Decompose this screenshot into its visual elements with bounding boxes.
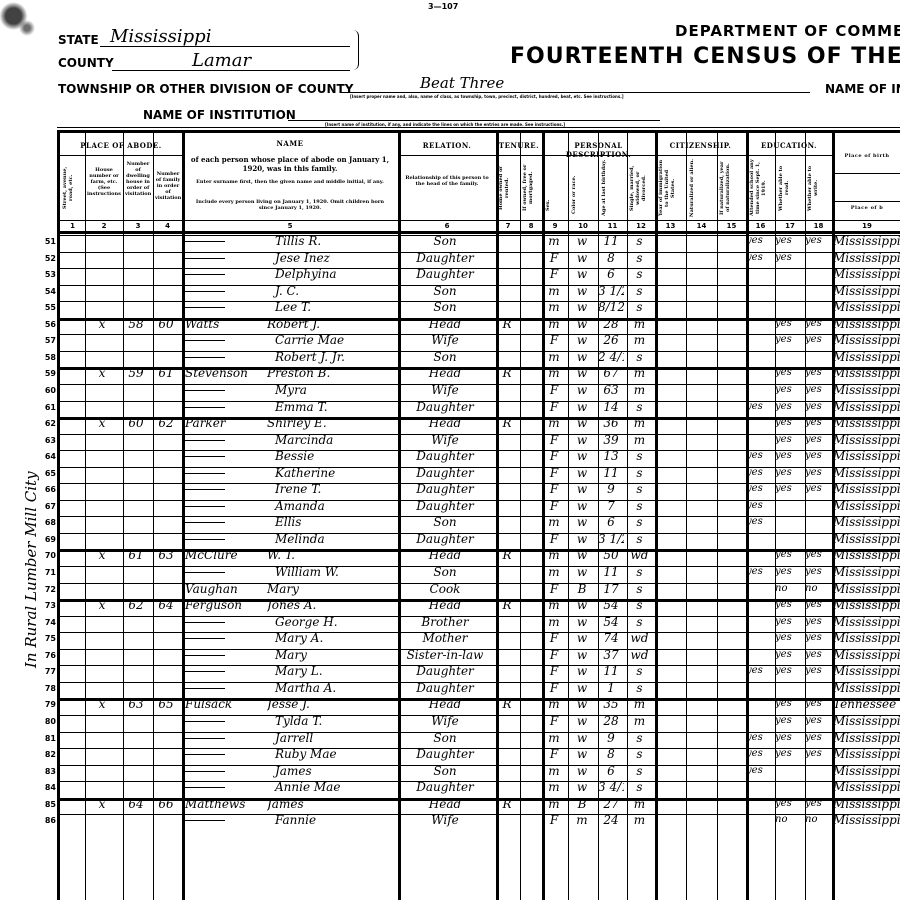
tenure-cell: R: [497, 696, 517, 712]
birthplace-cell: Mississippi: [833, 415, 900, 431]
read-cell: yes: [775, 382, 801, 398]
sex-cell: m: [544, 614, 564, 630]
read-cell: yes: [775, 597, 801, 613]
relation-cell: Son: [399, 564, 491, 580]
surname-cell: Fulsack: [185, 696, 265, 712]
given-name-text: Martha A.: [235, 681, 336, 695]
sex-cell: F: [544, 812, 564, 828]
colnum-18: 18: [805, 222, 832, 230]
color-cell: w: [569, 233, 595, 249]
birthplace-cell: Mississippi: [833, 365, 900, 381]
marital-cell: s: [627, 779, 652, 795]
sex-cell: m: [544, 233, 564, 249]
given-name-text: Tylda T.: [235, 714, 322, 728]
given-name-cell: Mary A.: [185, 630, 393, 646]
relation-cell: Son: [399, 283, 491, 299]
nativity-rule: [832, 173, 900, 174]
group-relation: RELATION.: [398, 141, 496, 150]
given-name-cell: Bessie: [185, 448, 393, 464]
marital-cell: s: [627, 250, 652, 266]
marital-cell: s: [627, 266, 652, 282]
ditto-dash: [185, 241, 225, 242]
relation-cell: Head: [399, 365, 491, 381]
house-number-cell: x: [87, 415, 117, 431]
marital-cell: m: [627, 796, 652, 812]
color-cell: w: [569, 465, 595, 481]
surname-cell: Parker: [185, 415, 265, 431]
marital-cell: s: [627, 399, 652, 415]
line-number: 69: [36, 535, 56, 544]
institution-field[interactable]: [288, 108, 660, 121]
birthplace-cell: Mississippi: [833, 448, 900, 464]
colnum-8: 8: [520, 222, 542, 230]
county-value: Lamar: [112, 50, 251, 71]
surname-cell: Stevenson: [185, 365, 265, 381]
color-cell: w: [569, 680, 595, 696]
ditto-dash: [185, 738, 225, 739]
given-name-cell: Jesse J.: [267, 696, 393, 712]
surname-cell: McClure: [185, 547, 265, 563]
age-cell: 24: [598, 812, 624, 828]
house-number-cell: x: [87, 696, 117, 712]
birthplace-cell: Mississippi: [833, 498, 900, 514]
marital-cell: s: [627, 581, 652, 597]
given-name-cell: James: [185, 763, 393, 779]
line-number: 66: [36, 485, 56, 494]
color-cell: w: [569, 630, 595, 646]
colnum-5: 5: [182, 222, 398, 230]
marital-cell: s: [627, 597, 652, 613]
school-cell: yes: [746, 481, 772, 497]
relation-cell: Head: [399, 696, 491, 712]
given-name-cell: Martha A.: [185, 680, 393, 696]
sex-cell: m: [544, 597, 564, 613]
read-cell: yes: [775, 399, 801, 415]
line-number: 56: [36, 320, 56, 329]
relation-cell: Mother: [399, 630, 491, 646]
given-name-cell: Carrie Mae: [185, 332, 393, 348]
colnum-9: 9: [542, 222, 568, 230]
read-cell: yes: [775, 547, 801, 563]
age-cell: 27: [598, 796, 624, 812]
given-name-text: Delphyina: [235, 267, 336, 281]
sex-cell: m: [544, 283, 564, 299]
relation-cell: Daughter: [399, 663, 491, 679]
age-cell: 54: [598, 614, 624, 630]
marital-cell: wd: [627, 547, 652, 563]
read-cell: yes: [775, 713, 801, 729]
read-cell: yes: [775, 730, 801, 746]
ditto-dash: [185, 787, 225, 788]
write-cell: yes: [805, 382, 829, 398]
line-number: 79: [36, 700, 56, 709]
sex-cell: F: [544, 332, 564, 348]
age-cell: 8/12: [598, 299, 624, 315]
age-cell: 6: [598, 266, 624, 282]
relation-cell: Wife: [399, 812, 491, 828]
col15-desc: If naturalized, year of naturalization.: [719, 159, 744, 217]
line-number: 71: [36, 568, 56, 577]
write-cell: yes: [805, 597, 829, 613]
family-number-cell: 60: [153, 316, 179, 332]
school-cell: yes: [746, 250, 772, 266]
given-name-cell: Robert J. Jr.: [185, 349, 393, 365]
read-cell: yes: [775, 316, 801, 332]
read-cell: yes: [775, 746, 801, 762]
write-cell: yes: [805, 316, 829, 332]
ditto-dash: [185, 688, 225, 689]
relation-cell: Son: [399, 233, 491, 249]
given-name-text: George H.: [235, 615, 338, 629]
tenure-cell: R: [497, 365, 517, 381]
township-field[interactable]: Beat Three: [340, 74, 810, 93]
sex-cell: m: [544, 547, 564, 563]
relation-cell: Head: [399, 796, 491, 812]
sex-cell: F: [544, 630, 564, 646]
given-name-text: Ruby Mae: [235, 747, 337, 761]
colnum-1: 1: [60, 222, 85, 230]
read-cell: yes: [775, 647, 801, 663]
age-cell: 9: [598, 730, 624, 746]
dwelling-number-cell: 62: [123, 597, 149, 613]
marital-cell: s: [627, 498, 652, 514]
marital-cell: s: [627, 349, 652, 365]
given-name-cell: George H.: [185, 614, 393, 630]
line-number: 67: [36, 502, 56, 511]
scan-noise: [0, 0, 45, 40]
dwelling-number-cell: 64: [123, 796, 149, 812]
read-cell: yes: [775, 465, 801, 481]
family-number-cell: 64: [153, 597, 179, 613]
write-cell: yes: [805, 730, 829, 746]
sex-cell: m: [544, 316, 564, 332]
ditto-dash: [185, 771, 225, 772]
age-cell: 28: [598, 713, 624, 729]
birthplace-cell: Mississippi: [833, 531, 900, 547]
ditto-dash: [185, 407, 225, 408]
tenure-cell: R: [497, 796, 517, 812]
line-number: 62: [36, 419, 56, 428]
age-cell: 3 4/12: [598, 779, 624, 795]
colnum-19: 19: [832, 222, 900, 230]
write-cell: yes: [805, 647, 829, 663]
write-cell: no: [805, 812, 829, 828]
sex-cell: m: [544, 796, 564, 812]
township-label: TOWNSHIP OR OTHER DIVISION OF COUNTY: [58, 82, 353, 96]
color-cell: w: [569, 283, 595, 299]
age-cell: 9: [598, 481, 624, 497]
state-county-brace: [352, 30, 359, 70]
given-name-cell: Jones A.: [267, 597, 393, 613]
marital-cell: s: [627, 680, 652, 696]
marital-cell: m: [627, 432, 652, 448]
relation-cell: Son: [399, 730, 491, 746]
school-cell: yes: [746, 663, 772, 679]
sex-cell: F: [544, 663, 564, 679]
house-number-cell: x: [87, 365, 117, 381]
place-of-birth-sublabel: Place of b: [832, 205, 900, 211]
line-number: 68: [36, 518, 56, 527]
line-number: 51: [36, 237, 56, 246]
birthplace-cell: Mississippi: [833, 349, 900, 365]
age-cell: 17: [598, 581, 624, 597]
birthplace-cell: Mississippi: [833, 481, 900, 497]
family-number-cell: 66: [153, 796, 179, 812]
line-number: 75: [36, 634, 56, 643]
tenure-cell: R: [497, 547, 517, 563]
given-name-text: Robert J. Jr.: [235, 350, 345, 364]
line-number: 58: [36, 353, 56, 362]
name-desc-3: Include every person living on January 1…: [188, 199, 392, 211]
color-cell: w: [569, 730, 595, 746]
birthplace-cell: Mississippi: [833, 581, 900, 597]
relation-cell: Daughter: [399, 399, 491, 415]
color-cell: w: [569, 647, 595, 663]
age-cell: 28: [598, 316, 624, 332]
marital-cell: s: [627, 746, 652, 762]
given-name-text: Melinda: [235, 532, 325, 546]
birthplace-cell: Mississippi: [833, 647, 900, 663]
age-cell: 54: [598, 597, 624, 613]
line-number: 65: [36, 469, 56, 478]
write-cell: yes: [805, 332, 829, 348]
given-name-text: Marcinda: [235, 433, 333, 447]
family-number-cell: 62: [153, 415, 179, 431]
col3-desc: Number of dwelling house in order of vis…: [125, 161, 151, 217]
given-name-cell: Ruby Mae: [185, 746, 393, 762]
read-cell: yes: [775, 696, 801, 712]
sex-cell: m: [544, 365, 564, 381]
given-name-cell: Annie Mae: [185, 779, 393, 795]
school-cell: yes: [746, 498, 772, 514]
ditto-dash: [185, 473, 225, 474]
sex-cell: F: [544, 531, 564, 547]
write-cell: yes: [805, 663, 829, 679]
colnum-10: 10: [568, 222, 598, 230]
write-cell: yes: [805, 432, 829, 448]
colnum-3: 3: [123, 222, 153, 230]
color-cell: w: [569, 382, 595, 398]
given-name-cell: Mary: [185, 647, 393, 663]
given-name-cell: Ellis: [185, 514, 393, 530]
ditto-dash: [185, 274, 225, 275]
read-cell: yes: [775, 448, 801, 464]
age-cell: 11: [598, 663, 624, 679]
line-number: 83: [36, 767, 56, 776]
ditto-dash: [185, 307, 225, 308]
line-number: 80: [36, 717, 56, 726]
name-of-incorporated-label: NAME OF IN: [825, 82, 900, 96]
birthplace-cell: Mississippi: [833, 663, 900, 679]
color-cell: B: [569, 581, 595, 597]
sex-cell: F: [544, 746, 564, 762]
col18-desc: Whether able to write.: [807, 159, 830, 217]
ditto-dash: [185, 489, 225, 490]
marital-cell: s: [627, 531, 652, 547]
marital-cell: m: [627, 382, 652, 398]
line-number: 86: [36, 816, 56, 825]
surname-cell: Ferguson: [185, 597, 265, 613]
relation-cell: Daughter: [399, 266, 491, 282]
birthplace-cell: Mississippi: [833, 614, 900, 630]
color-cell: w: [569, 448, 595, 464]
age-cell: 2 4/12: [598, 349, 624, 365]
relation-cell: Daughter: [399, 531, 491, 547]
marital-cell: s: [627, 564, 652, 580]
school-cell: yes: [746, 564, 772, 580]
age-cell: 74: [598, 630, 624, 646]
marital-cell: s: [627, 730, 652, 746]
birthplace-cell: Mississippi: [833, 250, 900, 266]
sex-cell: m: [544, 299, 564, 315]
sex-cell: F: [544, 581, 564, 597]
state-value: Mississippi: [100, 26, 211, 47]
age-cell: 8: [598, 746, 624, 762]
group-personal-description: PERSONAL DESCRIPTION.: [542, 141, 655, 159]
name-desc-2: Enter surname first, then the given name…: [188, 179, 392, 185]
given-name-text: Katherine: [235, 466, 335, 480]
ditto-dash: [185, 820, 225, 821]
relation-cell: Daughter: [399, 481, 491, 497]
write-cell: yes: [805, 465, 829, 481]
line-number: 85: [36, 800, 56, 809]
age-cell: 35: [598, 696, 624, 712]
colnum-4: 4: [153, 222, 182, 230]
write-cell: yes: [805, 796, 829, 812]
color-cell: w: [569, 365, 595, 381]
read-cell: yes: [775, 365, 801, 381]
birthplace-cell: Mississippi: [833, 713, 900, 729]
read-cell: yes: [775, 332, 801, 348]
colnum-13: 13: [655, 222, 686, 230]
birthplace-cell: Mississippi: [833, 465, 900, 481]
group-rule: [60, 155, 182, 156]
relation-cell: Sister-in-law: [399, 647, 491, 663]
age-cell: 26: [598, 332, 624, 348]
birthplace-cell: Mississippi: [833, 382, 900, 398]
sex-cell: F: [544, 680, 564, 696]
col16-desc: Attended school any time since Sept. 1, …: [749, 159, 773, 217]
school-cell: yes: [746, 233, 772, 249]
ditto-dash: [185, 440, 225, 441]
relation-cell: Daughter: [399, 250, 491, 266]
colnum-2: 2: [85, 222, 123, 230]
color-cell: w: [569, 349, 595, 365]
surname-cell: Matthews: [185, 796, 265, 812]
birthplace-cell: Mississippi: [833, 233, 900, 249]
sex-cell: F: [544, 465, 564, 481]
school-cell: yes: [746, 399, 772, 415]
age-cell: 13: [598, 448, 624, 464]
given-name-cell: Lee T.: [185, 299, 393, 315]
sex-cell: m: [544, 730, 564, 746]
color-cell: w: [569, 763, 595, 779]
line-number: 73: [36, 601, 56, 610]
department-heading: DEPARTMENT OF COMMERCE: [675, 22, 900, 40]
school-cell: yes: [746, 465, 772, 481]
ditto-dash: [185, 539, 225, 540]
county-field[interactable]: Lamar: [112, 50, 350, 71]
read-cell: yes: [775, 415, 801, 431]
birthplace-cell: Mississippi: [833, 547, 900, 563]
group-tenure: TENURE.: [496, 141, 542, 150]
given-name-cell: Melinda: [185, 531, 393, 547]
ditto-dash: [185, 506, 225, 507]
read-cell: yes: [775, 796, 801, 812]
ditto-dash: [185, 522, 225, 523]
birthplace-cell: Mississippi: [833, 680, 900, 696]
given-name-cell: Amanda: [185, 498, 393, 514]
marital-cell: s: [627, 614, 652, 630]
birthplace-cell: Mississippi: [833, 763, 900, 779]
ditto-dash: [185, 572, 225, 573]
write-cell: yes: [805, 415, 829, 431]
age-cell: 1: [598, 680, 624, 696]
relation-cell: Cook: [399, 581, 491, 597]
write-cell: yes: [805, 630, 829, 646]
marital-cell: m: [627, 812, 652, 828]
marital-cell: m: [627, 415, 652, 431]
marital-cell: s: [627, 299, 652, 315]
house-number-cell: x: [87, 316, 117, 332]
line-number: 55: [36, 303, 56, 312]
age-cell: 63: [598, 382, 624, 398]
given-name-cell: J. C.: [185, 283, 393, 299]
house-number-cell: x: [87, 597, 117, 613]
colnum-16: 16: [746, 222, 775, 230]
sex-cell: F: [544, 481, 564, 497]
ditto-dash: [185, 357, 225, 358]
birthplace-cell: Mississippi: [833, 316, 900, 332]
relation-cell: Daughter: [399, 680, 491, 696]
color-cell: w: [569, 696, 595, 712]
relation-cell: Wife: [399, 713, 491, 729]
marital-cell: s: [627, 465, 652, 481]
school-cell: yes: [746, 746, 772, 762]
state-field[interactable]: Mississippi: [100, 26, 350, 47]
color-cell: w: [569, 399, 595, 415]
col11-desc: Age at last birthday.: [601, 159, 625, 217]
marital-cell: m: [627, 696, 652, 712]
age-cell: 6: [598, 763, 624, 779]
marital-cell: m: [627, 316, 652, 332]
school-cell: yes: [746, 730, 772, 746]
given-name-cell: Mary L.: [185, 663, 393, 679]
line-number: 60: [36, 386, 56, 395]
birthplace-cell: Mississippi: [833, 597, 900, 613]
sex-cell: F: [544, 432, 564, 448]
colnum-15: 15: [717, 222, 746, 230]
birthplace-cell: Mississippi: [833, 730, 900, 746]
surname-cell: Watts: [185, 316, 265, 332]
read-cell: yes: [775, 630, 801, 646]
line-number: 70: [36, 551, 56, 560]
given-name-text: Amanda: [235, 499, 325, 513]
write-cell: yes: [805, 696, 829, 712]
read-cell: yes: [775, 432, 801, 448]
given-name-cell: James: [267, 796, 393, 812]
line-number: 52: [36, 254, 56, 263]
read-cell: yes: [775, 614, 801, 630]
relation-cell: Daughter: [399, 746, 491, 762]
color-cell: w: [569, 746, 595, 762]
marital-cell: m: [627, 332, 652, 348]
age-cell: 50: [598, 547, 624, 563]
birthplace-cell: Mississippi: [833, 283, 900, 299]
color-cell: w: [569, 597, 595, 613]
sex-cell: F: [544, 647, 564, 663]
write-cell: no: [805, 581, 829, 597]
